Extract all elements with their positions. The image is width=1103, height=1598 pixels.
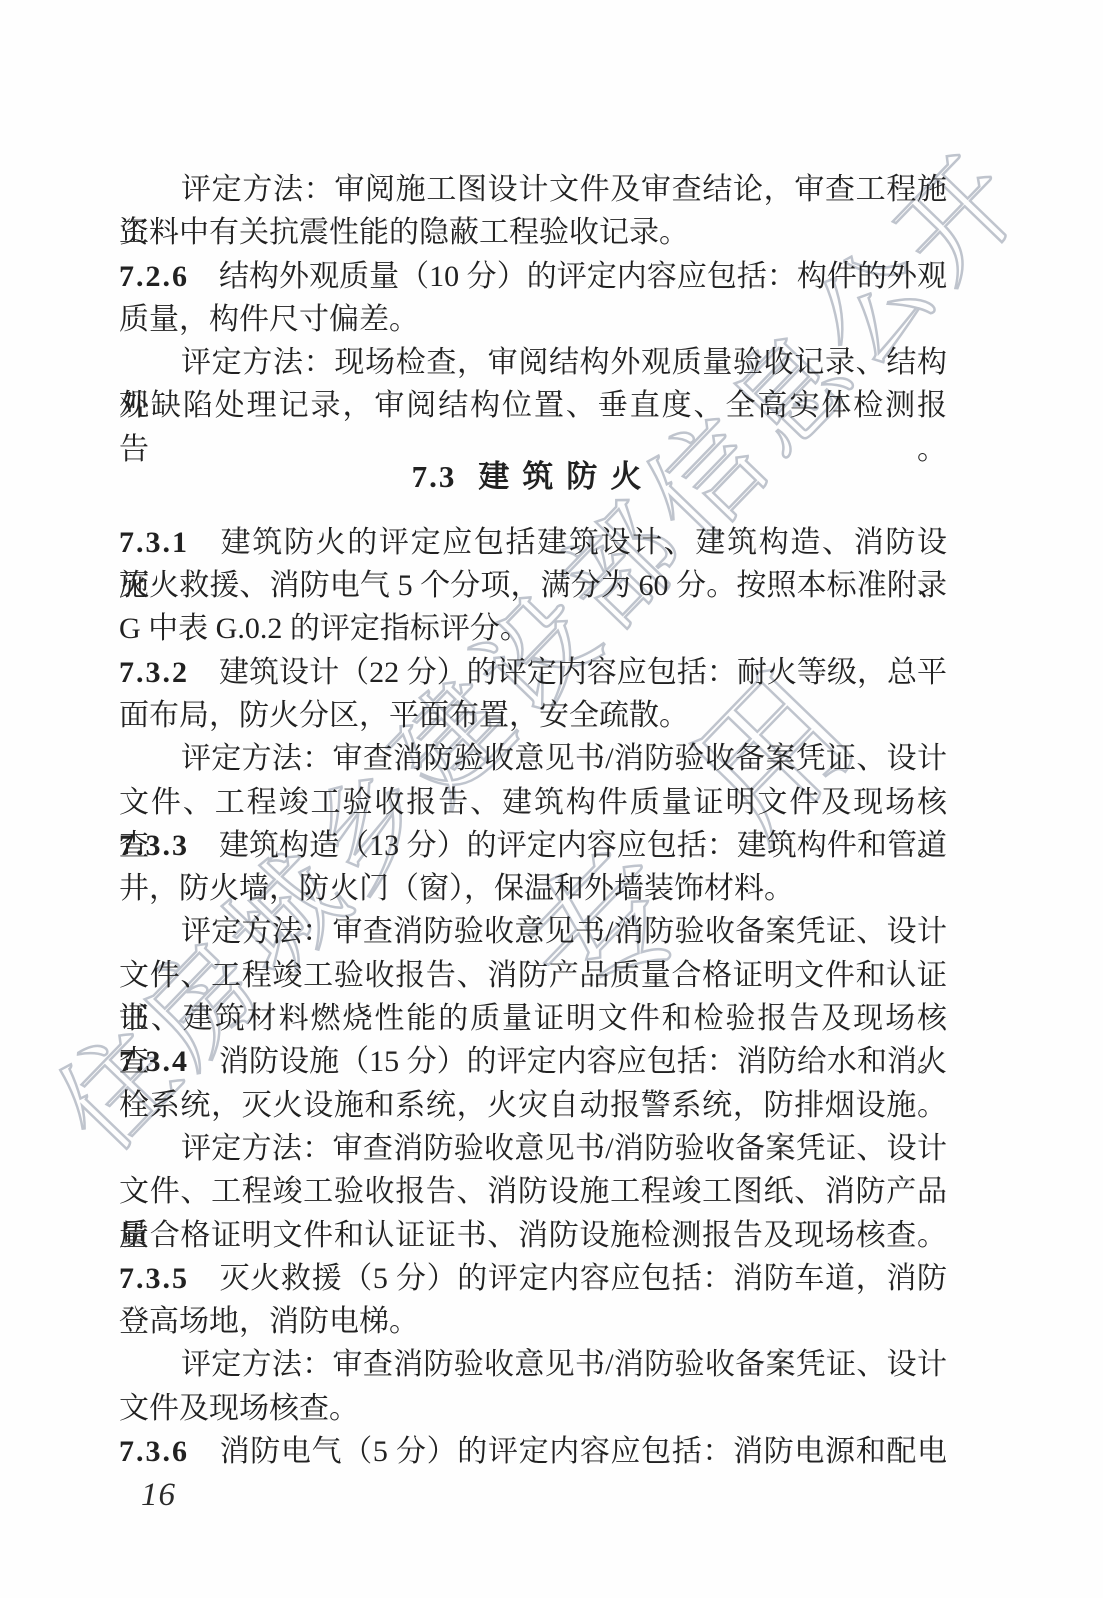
clause-text: 面布局，防火分区，平面布置，安全疏散。 bbox=[119, 699, 689, 732]
clause-text: 评定方法：审查消防验收意见书/消防验收备案凭证、设计 bbox=[181, 915, 947, 948]
clause-text: 栓系统，灭火设施和系统，火灾自动报警系统，防排烟设施。 bbox=[119, 1089, 947, 1122]
clause-text: G 中表 G.0.2 的评定指标评分。 bbox=[119, 612, 530, 645]
clause-text: 评定方法：审查消防验收意见书/消防验收备案凭证、设计 bbox=[181, 1348, 947, 1381]
clause-text: 建筑设计（22 分）的评定内容应包括：耐火等级，总平 bbox=[219, 656, 947, 689]
text-line: 7.3.5灭火救援（5 分）的评定内容应包括：消防车道，消防 bbox=[119, 1257, 947, 1300]
text-line: 质量，构件尺寸偏差。 bbox=[119, 298, 947, 341]
text-line: 7.3.4消防设施（15 分）的评定内容应包括：消防给水和消火 bbox=[119, 1040, 947, 1083]
clause-text: 井，防火墙，防火门（窗），保温和外墙装饰材料。 bbox=[119, 872, 794, 905]
text-line: 文件、工程竣工验收报告、消防设施工程竣工图纸、消防产品质 bbox=[119, 1170, 947, 1213]
text-line: 登高场地，消防电梯。 bbox=[119, 1300, 947, 1343]
text-line: 井，防火墙，防火门（窗），保温和外墙装饰材料。 bbox=[119, 867, 947, 910]
section-heading-number: 7.3 bbox=[412, 459, 457, 494]
text-line: 文件及现场核查。 bbox=[119, 1387, 947, 1430]
clause-text: 灭火救援（5 分）的评定内容应包括：消防车道，消防 bbox=[219, 1262, 947, 1295]
text-line: 评定方法：审查消防验收意见书/消防验收备案凭证、设计 bbox=[119, 737, 947, 780]
text-line: 7.3.2建筑设计（22 分）的评定内容应包括：耐火等级，总平 bbox=[119, 651, 947, 694]
clause-text: 登高场地，消防电梯。 bbox=[119, 1305, 419, 1338]
clause-number: 7.3.3 bbox=[119, 829, 189, 862]
text-line: 文件、工程竣工验收报告、建筑构件质量证明文件及现场核查。 bbox=[119, 781, 947, 824]
clause-number: 7.2.6 bbox=[119, 260, 189, 293]
text-line: 资料中有关抗震性能的隐蔽工程验收记录。 bbox=[119, 211, 947, 254]
text-line: 7.3.1建筑防火的评定应包括建筑设计、建筑构造、消防设施、 bbox=[119, 521, 947, 564]
clause-number: 7.3.1 bbox=[119, 526, 189, 559]
clause-text: 文件及现场核查。 bbox=[119, 1392, 359, 1425]
clause-text: 消防电气（5 分）的评定内容应包括：消防电源和配电 bbox=[219, 1435, 947, 1468]
text-line: 评定方法：现场检查，审阅结构外观质量验收记录、结构外 bbox=[119, 341, 947, 384]
clause-text: 灭火救援、消防电气 5 个分项，满分为 60 分。按照本标准附录 bbox=[119, 569, 947, 602]
clause-text: 评定方法：审查消防验收意见书/消防验收备案凭证、设计 bbox=[181, 742, 947, 775]
text-line: 栓系统，灭火设施和系统，火灾自动报警系统，防排烟设施。 bbox=[119, 1084, 947, 1127]
clause-text: 消防设施（15 分）的评定内容应包括：消防给水和消火 bbox=[219, 1045, 947, 1078]
text-line: 7.2.6结构外观质量（10 分）的评定内容应包括：构件的外观 bbox=[119, 255, 947, 298]
text-line: G 中表 G.0.2 的评定指标评分。 bbox=[119, 607, 947, 650]
text-line: 书、建筑材料燃烧性能的质量证明文件和检验报告及现场核查。 bbox=[119, 997, 947, 1040]
page-number: 16 bbox=[141, 1477, 176, 1514]
text-line: 评定方法：审查消防验收意见书/消防验收备案凭证、设计 bbox=[119, 910, 947, 953]
text-line: 评定方法：审查消防验收意见书/消防验收备案凭证、设计 bbox=[119, 1343, 947, 1386]
clause-text: 资料中有关抗震性能的隐蔽工程验收记录。 bbox=[119, 216, 689, 249]
clause-text: 结构外观质量（10 分）的评定内容应包括：构件的外观 bbox=[219, 260, 947, 293]
text-line: 面布局，防火分区，平面布置，安全疏散。 bbox=[119, 694, 947, 737]
text-line: 7.3.6消防电气（5 分）的评定内容应包括：消防电源和配电 bbox=[119, 1430, 947, 1473]
text-line: 量合格证明文件和认证证书、消防设施检测报告及现场核查。 bbox=[119, 1214, 947, 1257]
clause-number: 7.3.4 bbox=[119, 1045, 189, 1078]
text-line: 7.3.3建筑构造（13 分）的评定内容应包括：建筑构件和管道 bbox=[119, 824, 947, 867]
clause-text: 质量，构件尺寸偏差。 bbox=[119, 303, 419, 336]
text-line: 文件、工程竣工验收报告、消防产品质量合格证明文件和认证证 bbox=[119, 954, 947, 997]
clause-number: 7.3.2 bbox=[119, 656, 189, 689]
clause-text: 量合格证明文件和认证证书、消防设施检测报告及现场核查。 bbox=[119, 1219, 947, 1252]
text-line: 评定方法：审阅施工图设计文件及审查结论，审查工程施工 bbox=[119, 168, 947, 211]
clause-number: 7.3.6 bbox=[119, 1435, 189, 1468]
text-line: 灭火救援、消防电气 5 个分项，满分为 60 分。按照本标准附录 bbox=[119, 564, 947, 607]
clause-text: 建筑构造（13 分）的评定内容应包括：建筑构件和管道 bbox=[219, 829, 947, 862]
text-line: 观缺陷处理记录，审阅结构位置、垂直度、全高实体检测报告。 bbox=[119, 384, 947, 427]
text-line: 评定方法：审查消防验收意见书/消防验收备案凭证、设计 bbox=[119, 1127, 947, 1170]
clause-number: 7.3.5 bbox=[119, 1262, 189, 1295]
document-page: 住房城乡建设部信息公开 专用 评定方法：审阅施工图设计文件及审查结论，审查工程施… bbox=[0, 0, 1103, 1598]
clause-text: 评定方法：审查消防验收意见书/消防验收备案凭证、设计 bbox=[181, 1132, 947, 1165]
document-body: 评定方法：审阅施工图设计文件及审查结论，审查工程施工资料中有关抗震性能的隐蔽工程… bbox=[119, 168, 947, 1473]
section-heading-title: 建筑防火 bbox=[478, 459, 654, 494]
